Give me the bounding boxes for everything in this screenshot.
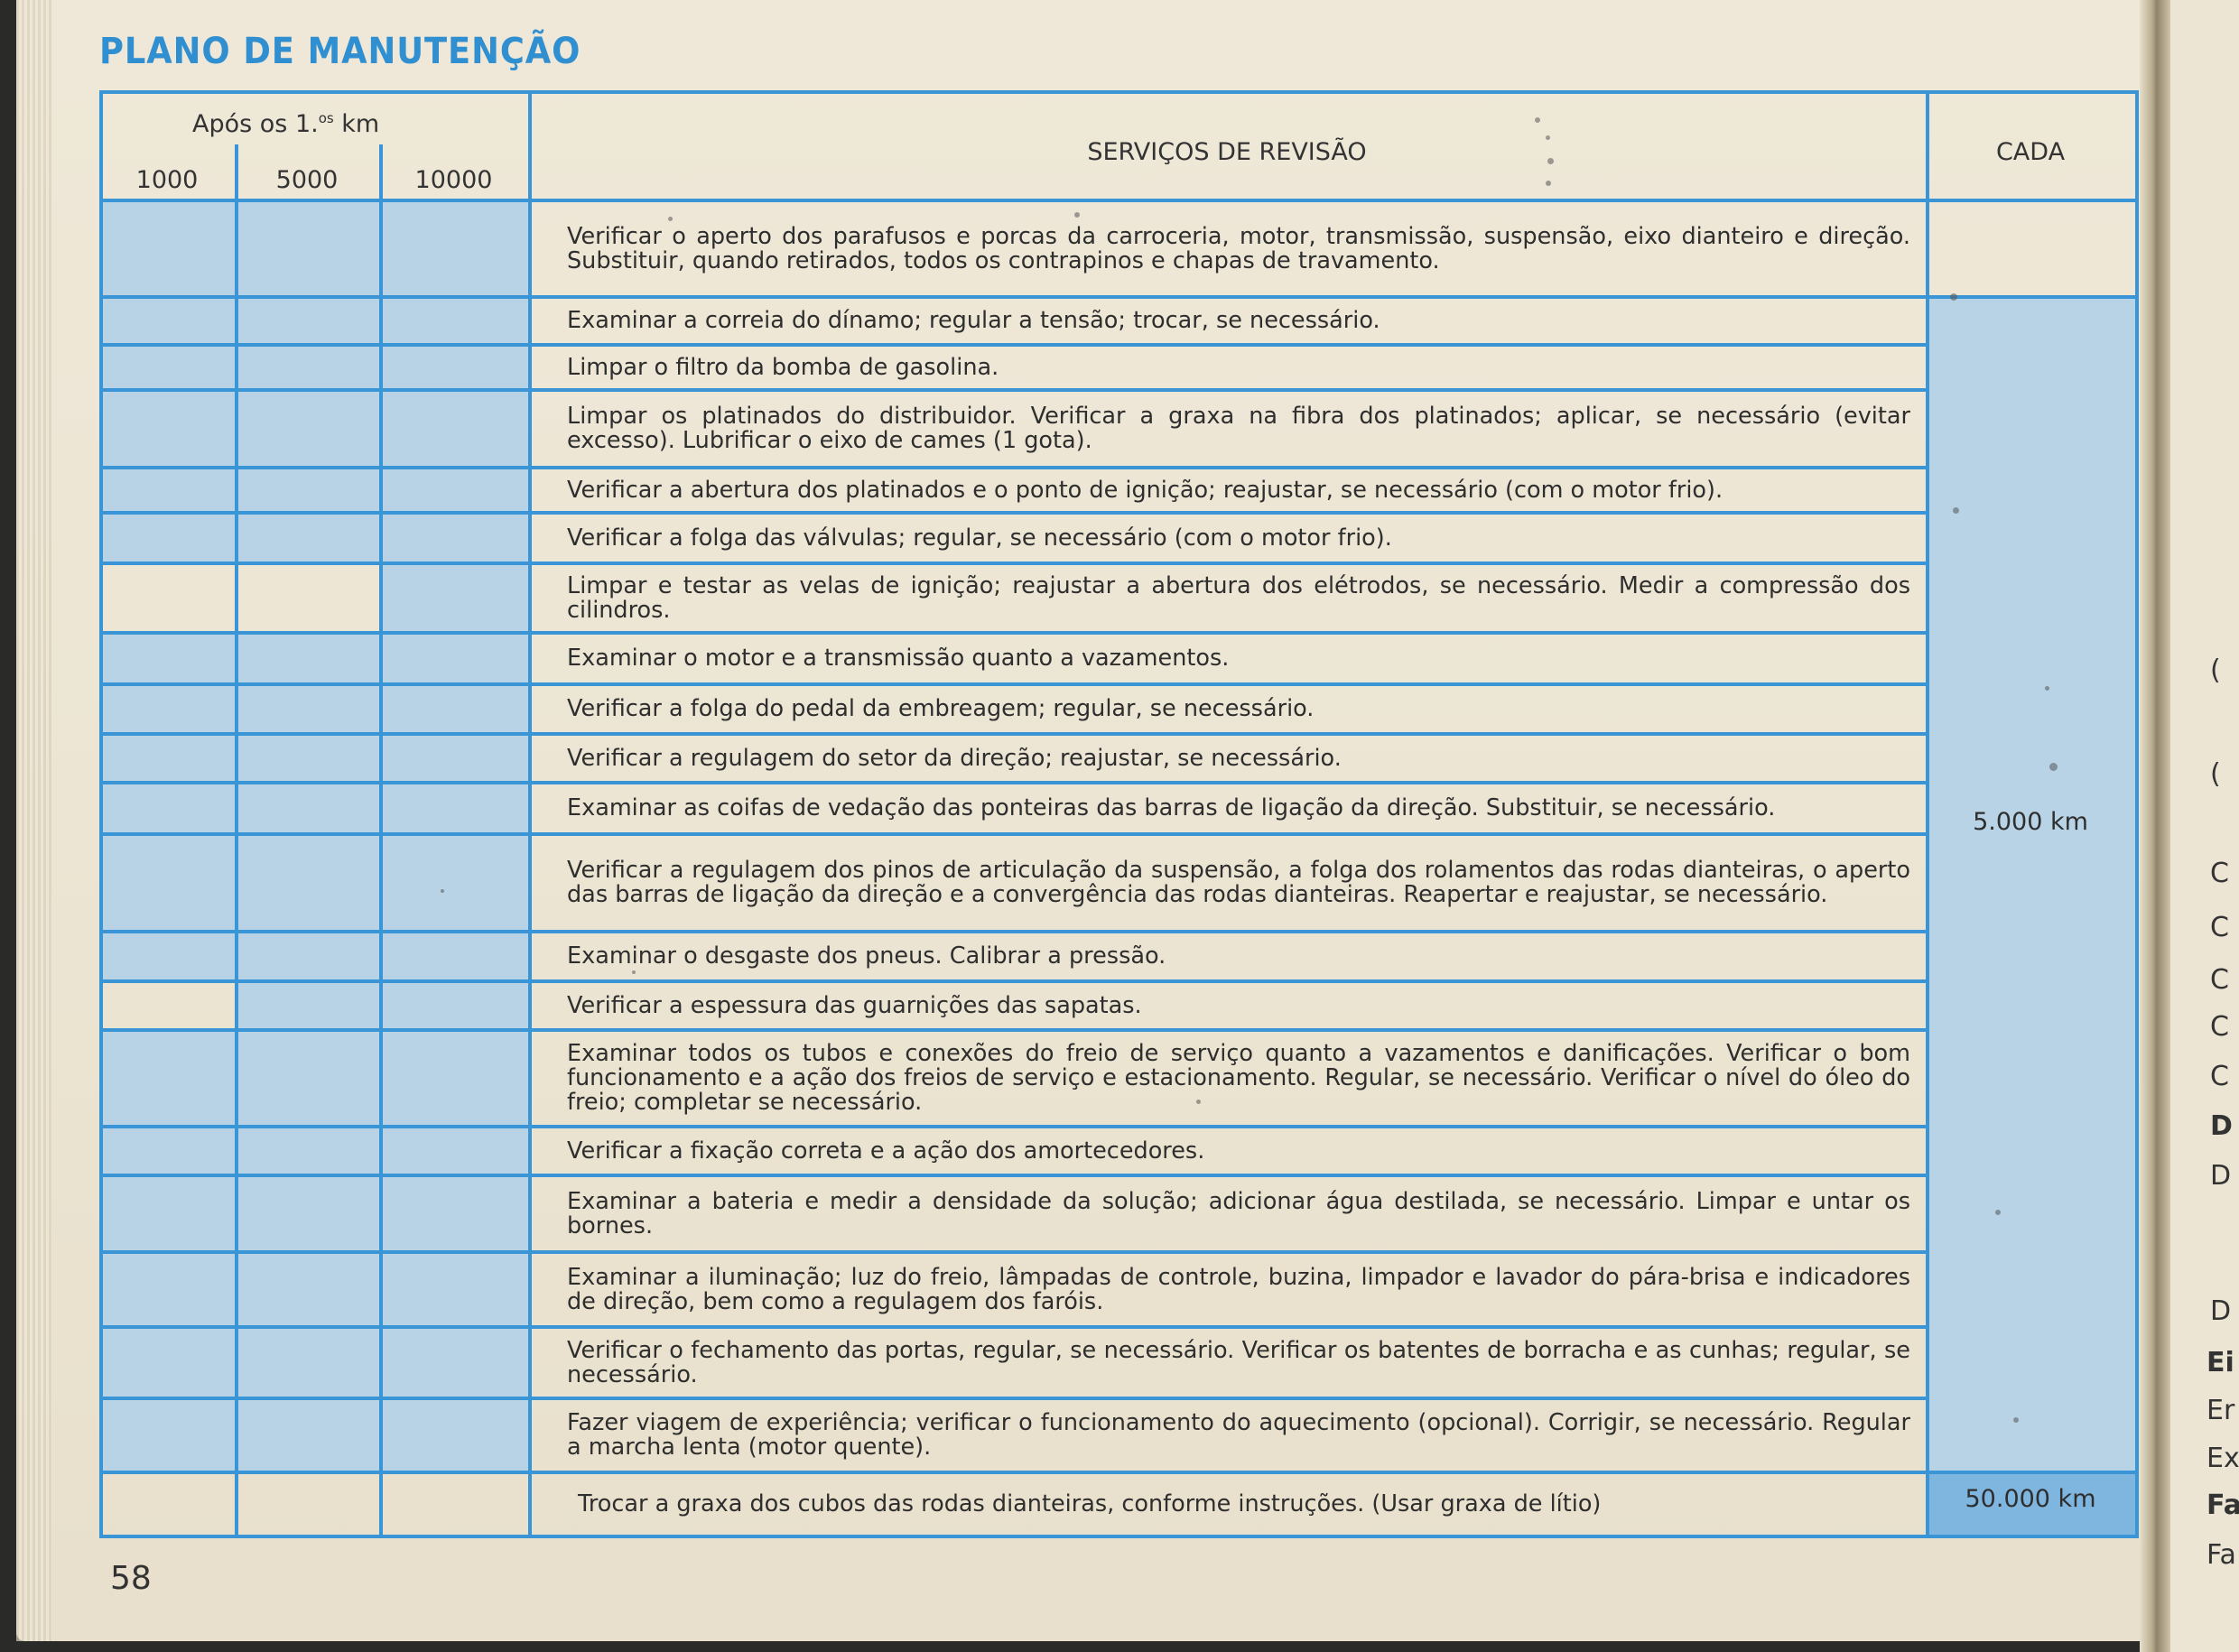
- paper-speck: [1546, 135, 1550, 140]
- interval-cell-km10000: [379, 343, 528, 388]
- next-page-glyph: (: [2210, 654, 2239, 686]
- service-text: Examinar todos os tubos e conexões do fr…: [567, 1032, 1910, 1125]
- service-text: Verificar a abertura dos platinados e o …: [567, 469, 1910, 511]
- table-top-border: [99, 90, 2139, 94]
- interval-cell-km5000: [235, 979, 379, 1028]
- paper-speck: [632, 970, 636, 974]
- interval-cell-km10000: [379, 466, 528, 511]
- interval-cell-km1000: [99, 631, 235, 682]
- interval-cell-km1000: [99, 1125, 235, 1174]
- next-page-glyph: (: [2210, 758, 2239, 790]
- interval-cell-km10000: [379, 682, 528, 732]
- paper-speck: [2049, 763, 2058, 771]
- interval-cell-km5000: [235, 1028, 379, 1125]
- paper-speck: [1196, 1100, 1201, 1104]
- interval-cell-km5000: [235, 1174, 379, 1250]
- paper-speck: [1074, 212, 1080, 218]
- service-text: Trocar a graxa dos cubos das rodas diant…: [567, 1474, 1910, 1535]
- next-page-glyph: D: [2210, 1160, 2239, 1192]
- interval-cell-km1000: [99, 388, 235, 466]
- service-text: Verificar a regulagem dos pinos de artic…: [567, 836, 1910, 930]
- paper-speck: [1995, 1210, 2001, 1215]
- interval-cell-km1000: [99, 343, 235, 388]
- next-page-glyph: C: [2210, 912, 2239, 943]
- paper-speck: [1547, 158, 1554, 164]
- page-title: PLANO DE MANUTENÇÃO: [99, 31, 581, 72]
- book-gutter: [2140, 0, 2170, 1652]
- service-text: Verificar a folga das válvulas; regular,…: [567, 515, 1910, 561]
- service-text: Verificar a fixação correta e a ação dos…: [567, 1128, 1910, 1174]
- next-page-glyph: C: [2210, 858, 2239, 889]
- interval-cell-km10000: [379, 511, 528, 561]
- interval-cell-km10000: [379, 930, 528, 979]
- service-text: Limpar e testar as velas de ignição; rea…: [567, 565, 1910, 631]
- cada-interval-5000: 5.000 km: [1929, 808, 2132, 836]
- interval-cell-km5000: [235, 832, 379, 930]
- service-text: Verificar a espessura das guarnições das…: [567, 983, 1910, 1028]
- interval-cell-km5000: [235, 343, 379, 388]
- header-col-5000: 5000: [235, 166, 379, 194]
- service-text: Examinar a bateria e medir a densidade d…: [567, 1177, 1910, 1250]
- cada-cell-5000: [1926, 295, 2135, 1471]
- next-page-glyph: Er: [2206, 1395, 2239, 1426]
- interval-cell-km10000: [379, 1397, 528, 1471]
- interval-cell-km1000: [99, 832, 235, 930]
- interval-cell-km10000: [379, 631, 528, 682]
- service-text: Examinar o motor e a transmissão quanto …: [567, 635, 1910, 682]
- paper-speck: [2013, 1417, 2019, 1423]
- header-cada: CADA: [1926, 138, 2135, 166]
- service-text: Verificar o aperto dos parafusos e porca…: [567, 202, 1910, 295]
- interval-cell-km1000: [99, 1174, 235, 1250]
- service-text: Examinar as coifas de vedação das pontei…: [567, 784, 1910, 832]
- interval-cell-km1000: [99, 1250, 235, 1325]
- interval-cell-km10000: [379, 1325, 528, 1397]
- paper-speck: [441, 889, 444, 893]
- service-text: Verificar a regulagem do setor da direçã…: [567, 736, 1910, 781]
- col-divider-10000-services: [528, 90, 532, 1538]
- interval-cell-km1000: [99, 295, 235, 343]
- page-number: 58: [110, 1560, 152, 1597]
- next-page-glyph: D: [2210, 1110, 2239, 1142]
- interval-cell-km10000: [379, 1125, 528, 1174]
- service-text: Examinar a iluminação; luz do freio, lâm…: [567, 1254, 1910, 1325]
- interval-cell-km1000: [99, 466, 235, 511]
- interval-cell-km1000: [99, 1325, 235, 1397]
- interval-cell-km10000: [379, 1174, 528, 1250]
- interval-cell-km5000: [235, 199, 379, 295]
- interval-cell-km5000: [235, 682, 379, 732]
- header-services: SERVIÇOS DE REVISÃO: [528, 138, 1926, 166]
- interval-cell-km5000: [235, 466, 379, 511]
- interval-cell-km10000: [379, 295, 528, 343]
- paper-speck: [1546, 181, 1551, 186]
- next-page-glyph: C: [2210, 1011, 2239, 1043]
- service-text: Examinar a correia do dínamo; regular a …: [567, 299, 1910, 343]
- interval-cell-km1000: [99, 930, 235, 979]
- interval-cell-km5000: [235, 1325, 379, 1397]
- interval-cell-km10000: [379, 561, 528, 631]
- interval-cell-km5000: [235, 1397, 379, 1471]
- service-text: Limpar os platinados do distribuidor. Ve…: [567, 392, 1910, 466]
- interval-cell-km5000: [235, 631, 379, 682]
- interval-cell-km5000: [235, 561, 379, 631]
- page-edge-stack: [16, 0, 52, 1641]
- col-divider-5000-10000: [379, 144, 383, 1538]
- interval-cell-km1000: [99, 1397, 235, 1471]
- paper-speck: [1535, 117, 1540, 123]
- interval-cell-km10000: [379, 732, 528, 781]
- next-page-glyph: Fa: [2206, 1490, 2239, 1521]
- interval-cell-km5000: [235, 1471, 379, 1535]
- col-divider-1000-5000: [235, 144, 238, 1538]
- header-group-label: Após os 1.os km: [192, 110, 379, 138]
- service-text: Limpar o filtro da bomba de gasolina.: [567, 347, 1910, 388]
- interval-cell-km5000: [235, 930, 379, 979]
- interval-cell-km1000: [99, 199, 235, 295]
- interval-cell-km1000: [99, 1028, 235, 1125]
- interval-cell-km10000: [379, 1250, 528, 1325]
- interval-cell-km1000: [99, 1471, 235, 1535]
- service-text: Verificar a folga do pedal da embreagem;…: [567, 686, 1910, 732]
- next-page-glyph: C: [2210, 1061, 2239, 1092]
- service-text: Examinar o desgaste dos pneus. Calibrar …: [567, 933, 1910, 979]
- table-right-border: [2135, 90, 2139, 1538]
- paper-speck: [2045, 686, 2049, 691]
- table-bottom-border: [99, 1535, 2139, 1538]
- interval-cell-km10000: [379, 979, 528, 1028]
- interval-cell-km5000: [235, 511, 379, 561]
- next-page-glyph: D: [2210, 1295, 2239, 1327]
- interval-cell-km10000: [379, 832, 528, 930]
- cada-interval-50000: 50.000 km: [1929, 1485, 2132, 1513]
- interval-cell-km5000: [235, 732, 379, 781]
- interval-cell-km1000: [99, 561, 235, 631]
- service-text: Fazer viagem de experiência; verificar o…: [567, 1400, 1910, 1471]
- interval-cell-km5000: [235, 295, 379, 343]
- interval-cell-km1000: [99, 979, 235, 1028]
- interval-cell-km1000: [99, 781, 235, 832]
- header-col-1000: 1000: [99, 166, 235, 194]
- next-page-glyph: C: [2210, 964, 2239, 996]
- interval-cell-km10000: [379, 199, 528, 295]
- interval-cell-km1000: [99, 511, 235, 561]
- service-text: Verificar o fechamento das portas, regul…: [567, 1329, 1910, 1397]
- paper-speck: [1953, 507, 1959, 514]
- next-page-glyph: Ei: [2206, 1347, 2239, 1378]
- interval-cell-km10000: [379, 1471, 528, 1535]
- paper-speck: [668, 217, 673, 221]
- next-page-glyph: Fa: [2206, 1539, 2239, 1571]
- interval-cell-km1000: [99, 682, 235, 732]
- table-left-border: [99, 90, 103, 1538]
- interval-cell-km10000: [379, 388, 528, 466]
- next-page-fragment: ((CCCCCDDDEiErExFaFa: [2170, 0, 2239, 1652]
- interval-cell-km5000: [235, 1125, 379, 1174]
- interval-cell-km5000: [235, 388, 379, 466]
- next-page-glyph: Ex: [2206, 1443, 2239, 1474]
- paper-speck: [1950, 293, 1957, 301]
- interval-cell-km10000: [379, 1028, 528, 1125]
- header-col-10000: 10000: [379, 166, 528, 194]
- interval-cell-km5000: [235, 781, 379, 832]
- interval-cell-km1000: [99, 732, 235, 781]
- interval-cell-km10000: [379, 781, 528, 832]
- interval-cell-km5000: [235, 1250, 379, 1325]
